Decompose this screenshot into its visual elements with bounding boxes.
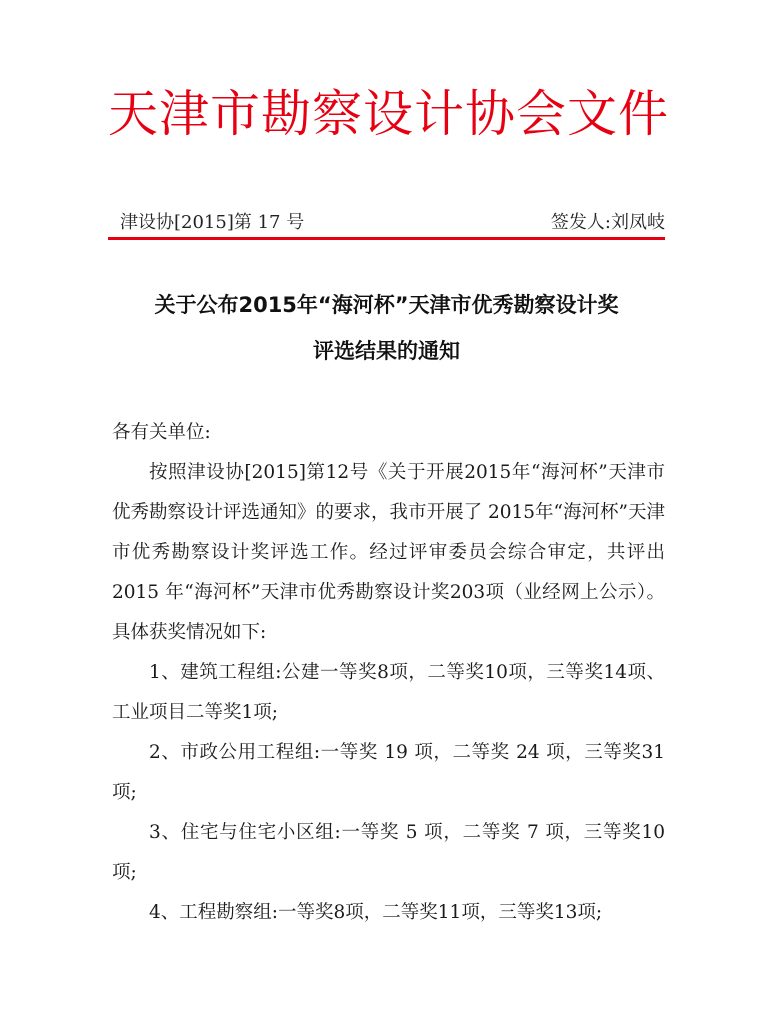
issuer: 签发人:刘凤岐: [551, 210, 665, 236]
award-item-3: 3、住宅与住宅小区组:一等奖 5 项，二等奖 7 项，三等奖10项;: [112, 813, 665, 893]
red-divider-rule: [108, 237, 665, 240]
notice-body: 各有关单位: 按照津设协[2015]第12号《关于开展2015年“海河杯”天津市…: [112, 413, 665, 933]
award-item-4: 4、工程勘察组:一等奖8项，二等奖11项，三等奖13项;: [112, 893, 665, 933]
document-info-line: 津设协[2015]第 17 号 签发人:刘凤岐: [120, 210, 665, 236]
notice-title: 关于公布2015年“海河杯”天津市优秀勘察设计奖 评选结果的通知: [108, 282, 665, 374]
notice-title-line-2: 评选结果的通知: [108, 328, 665, 374]
notice-title-line-1: 关于公布2015年“海河杯”天津市优秀勘察设计奖: [108, 282, 665, 328]
award-item-1: 1、建筑工程组:公建一等奖8项，二等奖10项，三等奖14项、工业项目二等奖1项;: [112, 653, 665, 733]
masthead-title: 天津市勘察设计协会文件: [108, 82, 665, 146]
document-number: 津设协[2015]第 17 号: [120, 210, 304, 236]
award-item-2: 2、市政公用工程组:一等奖 19 项，二等奖 24 项，三等奖31项;: [112, 733, 665, 813]
salutation: 各有关单位:: [112, 413, 665, 453]
intro-paragraph: 按照津设协[2015]第12号《关于开展2015年“海河杯”天津市优秀勘察设计评…: [112, 453, 665, 653]
document-page: 天津市勘察设计协会文件 津设协[2015]第 17 号 签发人:刘凤岐 关于公布…: [0, 0, 778, 1023]
